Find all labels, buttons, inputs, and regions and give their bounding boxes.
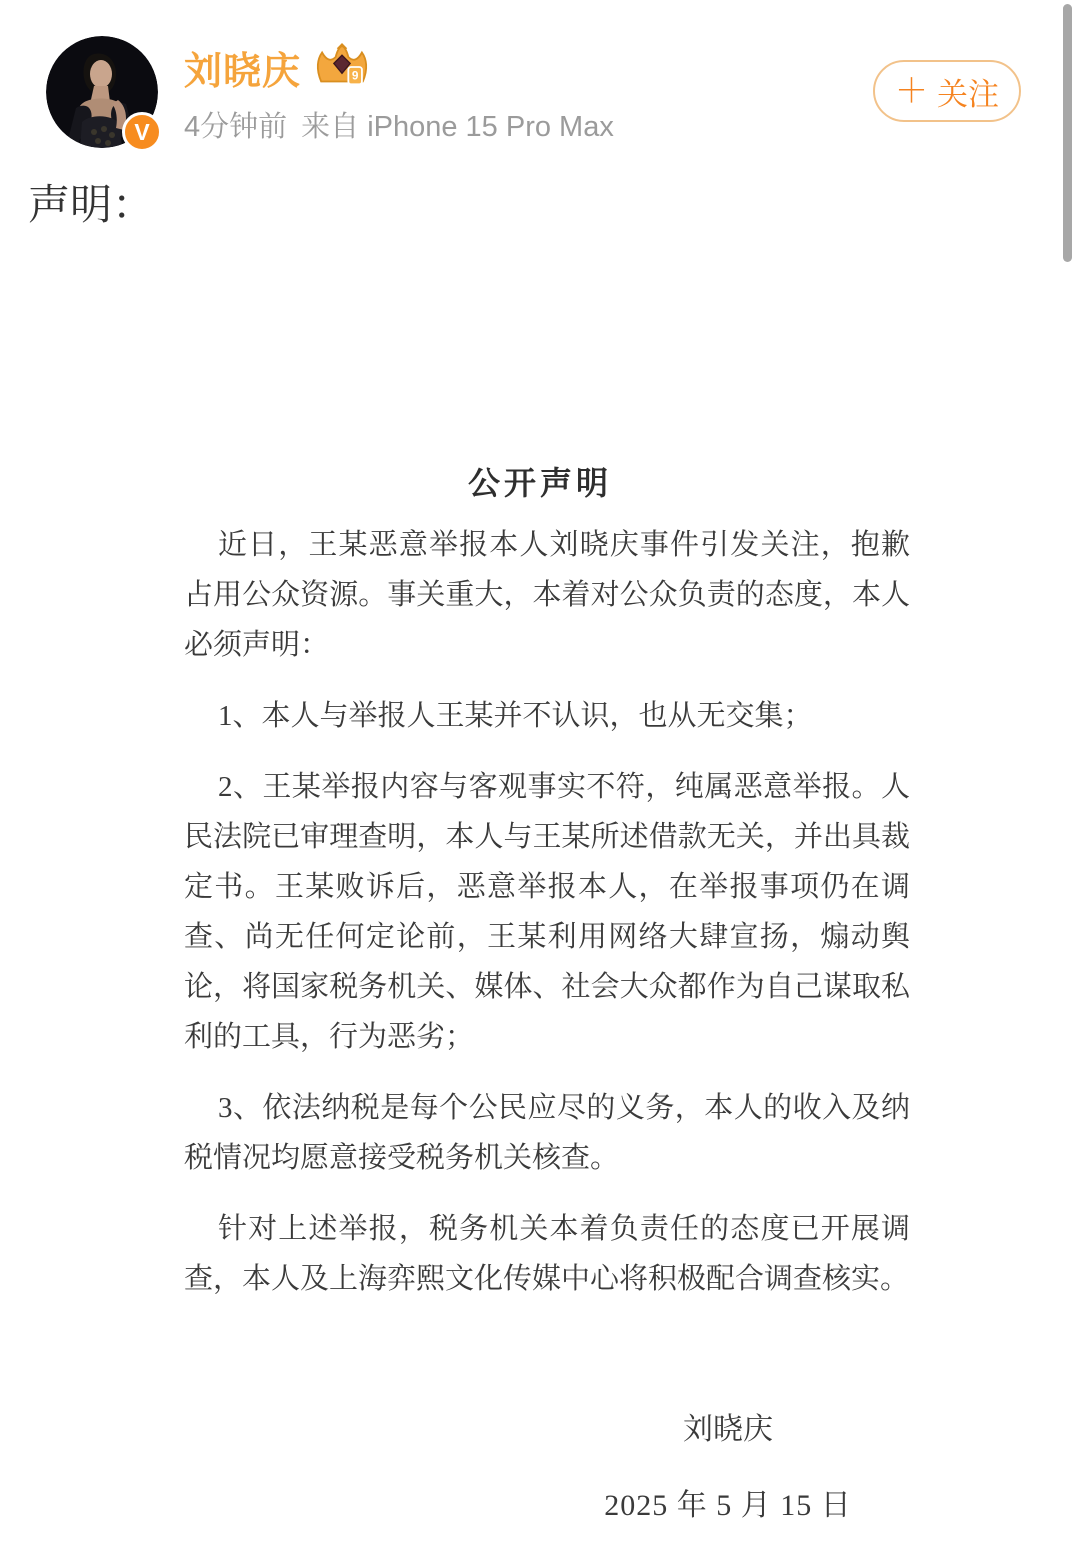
statement-document: 公开声明 近日，王某恶意举报本人刘晓庆事件引发关注，抱歉占用公众资源。事关重大，… xyxy=(0,438,1080,1524)
vip-crown-icon[interactable]: 9 xyxy=(313,43,371,91)
post-source[interactable]: 来自 iPhone 15 Pro Max xyxy=(301,104,614,145)
statement-title: 公开声明 xyxy=(0,458,1080,504)
statement-paragraph-point3: 3、依法纳税是每个公民应尽的义务，本人的收入及纳税情况均愿意接受税务机关核查。 xyxy=(184,1083,910,1183)
verified-v-icon: V xyxy=(122,112,162,152)
post-text: 声明： xyxy=(28,172,154,232)
vip-level-number: 9 xyxy=(352,70,359,83)
avatar[interactable]: V xyxy=(46,36,158,148)
statement-paragraph-intro: 近日，王某恶意举报本人刘晓庆事件引发关注，抱歉占用公众资源。事关重大，本着对公众… xyxy=(184,520,910,670)
statement-paragraph-point2: 2、王某举报内容与客观事实不符，纯属恶意举报。人民法院已审理查明，本人与王某所述… xyxy=(184,762,910,1062)
username[interactable]: 刘晓庆 xyxy=(184,40,301,95)
post-header: V 刘晓庆 9 4分钟前 来自 iPhone 15 Pro Max ＋ 关注 xyxy=(0,0,1080,170)
post-meta: 4分钟前 来自 iPhone 15 Pro Max xyxy=(184,104,614,145)
follow-label: 关注 xyxy=(937,69,999,114)
statement-paragraph-closing: 针对上述举报，税务机关本着负责任的态度已开展调查，本人及上海弈熙文化传媒中心将积… xyxy=(184,1204,910,1304)
signature-name: 刘晓庆 xyxy=(188,1404,1080,1448)
statement-paragraph-point1: 1、本人与举报人王某并不认识，也从无交集； xyxy=(184,691,910,741)
user-info: 刘晓庆 9 4分钟前 来自 iPhone 15 Pro Max xyxy=(184,42,614,145)
weibo-post-page: { "header": { "username": "刘晓庆", "verifi… xyxy=(0,0,1080,1555)
follow-button[interactable]: ＋ 关注 xyxy=(873,60,1021,122)
plus-icon: ＋ xyxy=(895,74,928,107)
signature-date: 2025 年 5 月 15 日 xyxy=(188,1480,1080,1524)
signature-block: 刘晓庆 2025 年 5 月 15 日 xyxy=(188,1404,1080,1524)
post-time: 4分钟前 xyxy=(184,104,287,145)
